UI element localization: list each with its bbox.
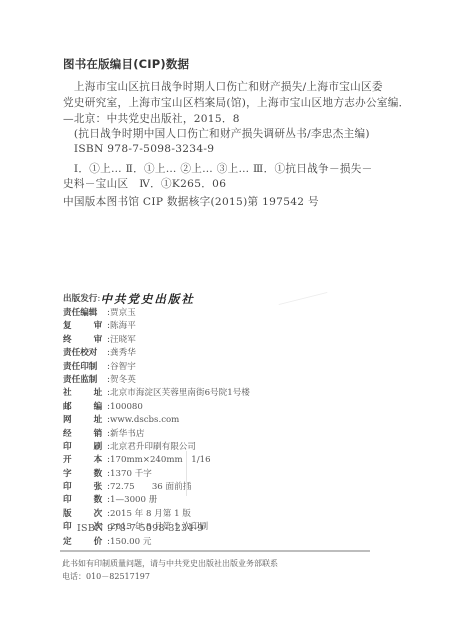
- colophon-value: 北京君升印刷有限公司: [110, 441, 196, 454]
- colophon-label: 终审: [63, 334, 107, 347]
- colophon-label: 责任校对: [63, 347, 107, 360]
- cip-line-4: (抗日战争时期中国人口伤亡和财产损失调研丛书/李忠杰主编): [63, 126, 370, 141]
- colophon-row: 责任监制:贺冬英: [63, 374, 250, 387]
- colophon-row-price: 定价:150.00 元: [63, 536, 151, 549]
- colophon-label: 印张: [63, 481, 107, 494]
- divider: [60, 550, 370, 552]
- colophon-value: 170mm×240mm 1/16: [110, 454, 211, 467]
- colophon-label: 出版发行: [63, 291, 97, 307]
- colophon-label: 网址: [63, 414, 107, 427]
- colophon-row: 责任校对:龚秀华: [63, 347, 250, 360]
- colophon-row: 邮编:100080: [63, 401, 250, 414]
- colophon-label: 社址: [63, 387, 107, 400]
- colophon-value: 龚秀华: [110, 347, 136, 360]
- colophon-label: 邮编: [63, 401, 107, 414]
- footnote-quality: 此书如有印制质量问题，请与中共党史出版社出版业务部联系: [62, 558, 278, 569]
- colophon-value: 2015 年 8 月第 1 版: [110, 508, 191, 521]
- cip-line-8: 中国版本图书馆 CIP 数据核字(2015)第 197542 号: [63, 194, 319, 209]
- colophon-value: 陈海平: [110, 320, 136, 333]
- colophon-label: 复审: [63, 320, 107, 333]
- cip-line-2: 党史研究室，上海市宝山区档案局(馆)，上海市宝山区地方志办公室编．: [63, 95, 410, 110]
- colophon-value: 北京市海淀区芙蓉里南街6号院1号楼: [110, 387, 250, 400]
- colophon-row: 责任印制:谷智宇: [63, 361, 250, 374]
- scan-mark: [186, 451, 187, 496]
- colophon-row: 印数:1—3000 册: [63, 494, 250, 507]
- colophon-label: 字数: [63, 468, 107, 481]
- isbn-footer: ISBN 978-7-5098-3234-9: [77, 523, 204, 534]
- colophon-publisher: 出版发行:中共党史出版社: [63, 291, 250, 307]
- colophon-value: 贾京玉: [110, 307, 136, 320]
- colophon-value: www.dscbs.com: [110, 414, 179, 427]
- colophon-value: 72.75 36 面前插: [110, 481, 191, 494]
- price-value: 150.00 元: [110, 536, 151, 549]
- colophon-row: 经销:新华书店: [63, 428, 250, 441]
- colophon-row: 复审:陈海平: [63, 320, 250, 333]
- colophon-row: 版次:2015 年 8 月第 1 版: [63, 508, 250, 521]
- colophon-row: 开本:170mm×240mm 1/16: [63, 454, 250, 467]
- colophon-value: 新华书店: [110, 428, 144, 441]
- colophon-value: 1370 千字: [110, 468, 152, 481]
- colophon-row: 终审:汪晓军: [63, 334, 250, 347]
- colophon-value: 1—3000 册: [110, 494, 157, 507]
- colophon-row: 责任编辑:贾京玉: [63, 307, 250, 320]
- footnote-phone: 电话：010－82517197: [62, 571, 150, 582]
- colophon-row: 字数:1370 千字: [63, 468, 250, 481]
- cip-line-3: —北京：中共党史出版社，2015．8: [63, 111, 240, 126]
- price-block: 定价:150.00 元: [63, 536, 151, 549]
- scan-mark: [279, 292, 328, 305]
- colophon-label: 责任编辑: [63, 307, 107, 320]
- colophon-value: 贺冬英: [110, 374, 136, 387]
- colophon-label: 责任印制: [63, 361, 107, 374]
- colophon: 出版发行:中共党史出版社 责任编辑:贾京玉 复审:陈海平 终审:汪晓军 责任校对…: [63, 291, 250, 535]
- cip-line-1: 上海市宝山区抗日战争时期人口伤亡和财产损失/上海市宝山区委: [63, 79, 383, 94]
- colophon-label: 定价: [63, 536, 107, 549]
- colophon-label: 版次: [63, 508, 107, 521]
- colophon-label: 开本: [63, 454, 107, 467]
- colophon-row: 印张:72.75 36 面前插: [63, 481, 250, 494]
- colophon-row: 社址:北京市海淀区芙蓉里南街6号院1号楼: [63, 387, 250, 400]
- colophon-row: 印刷:北京君升印刷有限公司: [63, 441, 250, 454]
- cip-title: 图书在版编目(CIP)数据: [63, 56, 189, 72]
- colophon-row: 网址:www.dscbs.com: [63, 414, 250, 427]
- cip-line-5: ISBN 978-7-5098-3234-9: [63, 141, 214, 156]
- colophon-value: 汪晓军: [110, 334, 136, 347]
- colophon-label: 印刷: [63, 441, 107, 454]
- colophon-value: 谷智宇: [110, 361, 136, 374]
- colophon-label: 责任监制: [63, 374, 107, 387]
- cip-line-6: Ⅰ．①上… Ⅱ．①上… ②上… ③上… Ⅲ．①抗日战争－损失－: [63, 161, 373, 176]
- publisher-calligraphy: 中共党史出版社: [100, 291, 195, 307]
- cip-line-7: 史料－宝山区 Ⅳ．①K265．06: [63, 176, 226, 191]
- colophon-label: 经销: [63, 428, 107, 441]
- colophon-value: 100080: [110, 401, 143, 414]
- colophon-label: 印数: [63, 494, 107, 507]
